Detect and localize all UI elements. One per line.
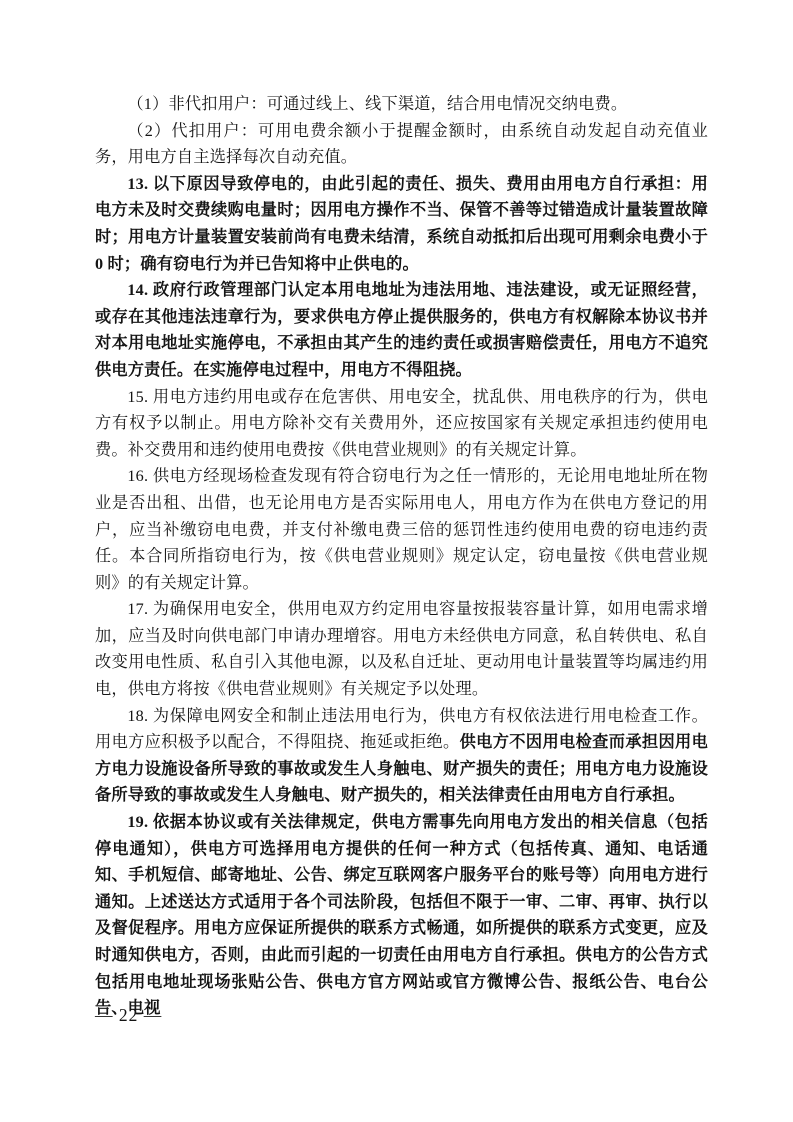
list-item-1: （1）非代扣用户：可通过线上、线下渠道，结合用电情况交纳电费。: [95, 91, 708, 118]
clause-13: 13. 以下原因导致停电的，由此引起的责任、损失、费用由用电方自行承担：用电方未…: [95, 171, 708, 277]
clause-17: 17. 为确保用电安全，供用电双方约定用电容量按报装容量计算，如用电需求增加，应…: [95, 596, 708, 702]
list-item-2: （2）代扣用户：可用电费余额小于提醒金额时，由系统自动发起自动充值业务，用电方自…: [95, 118, 708, 171]
clause-19: 19. 依据本协议或有关法律规定，供电方需事先向用电方发出的相关信息（包括停电通…: [95, 809, 708, 1022]
clause-15: 15. 用电方违约用电或存在危害供、用电安全，扰乱供、用电秩序的行为，供电方有权…: [95, 384, 708, 464]
clause-16: 16. 供电方经现场检查发现有符合窃电行为之任一情形的，无论用电地址所在物业是否…: [95, 463, 708, 596]
clause-18: 18. 为保障电网安全和制止违法用电行为，供电方有权依法进行用电检查工作。用电方…: [95, 703, 708, 809]
document-page: （1）非代扣用户：可通过线上、线下渠道，结合用电情况交纳电费。 （2）代扣用户：…: [0, 0, 793, 1122]
page-number: — 22 —: [95, 1002, 162, 1028]
clause-14: 14. 政府行政管理部门认定本用电地址为违法用地、违法建设，或无证照经营，或存在…: [95, 277, 708, 383]
document-body: （1）非代扣用户：可通过线上、线下渠道，结合用电情况交纳电费。 （2）代扣用户：…: [95, 91, 708, 1022]
